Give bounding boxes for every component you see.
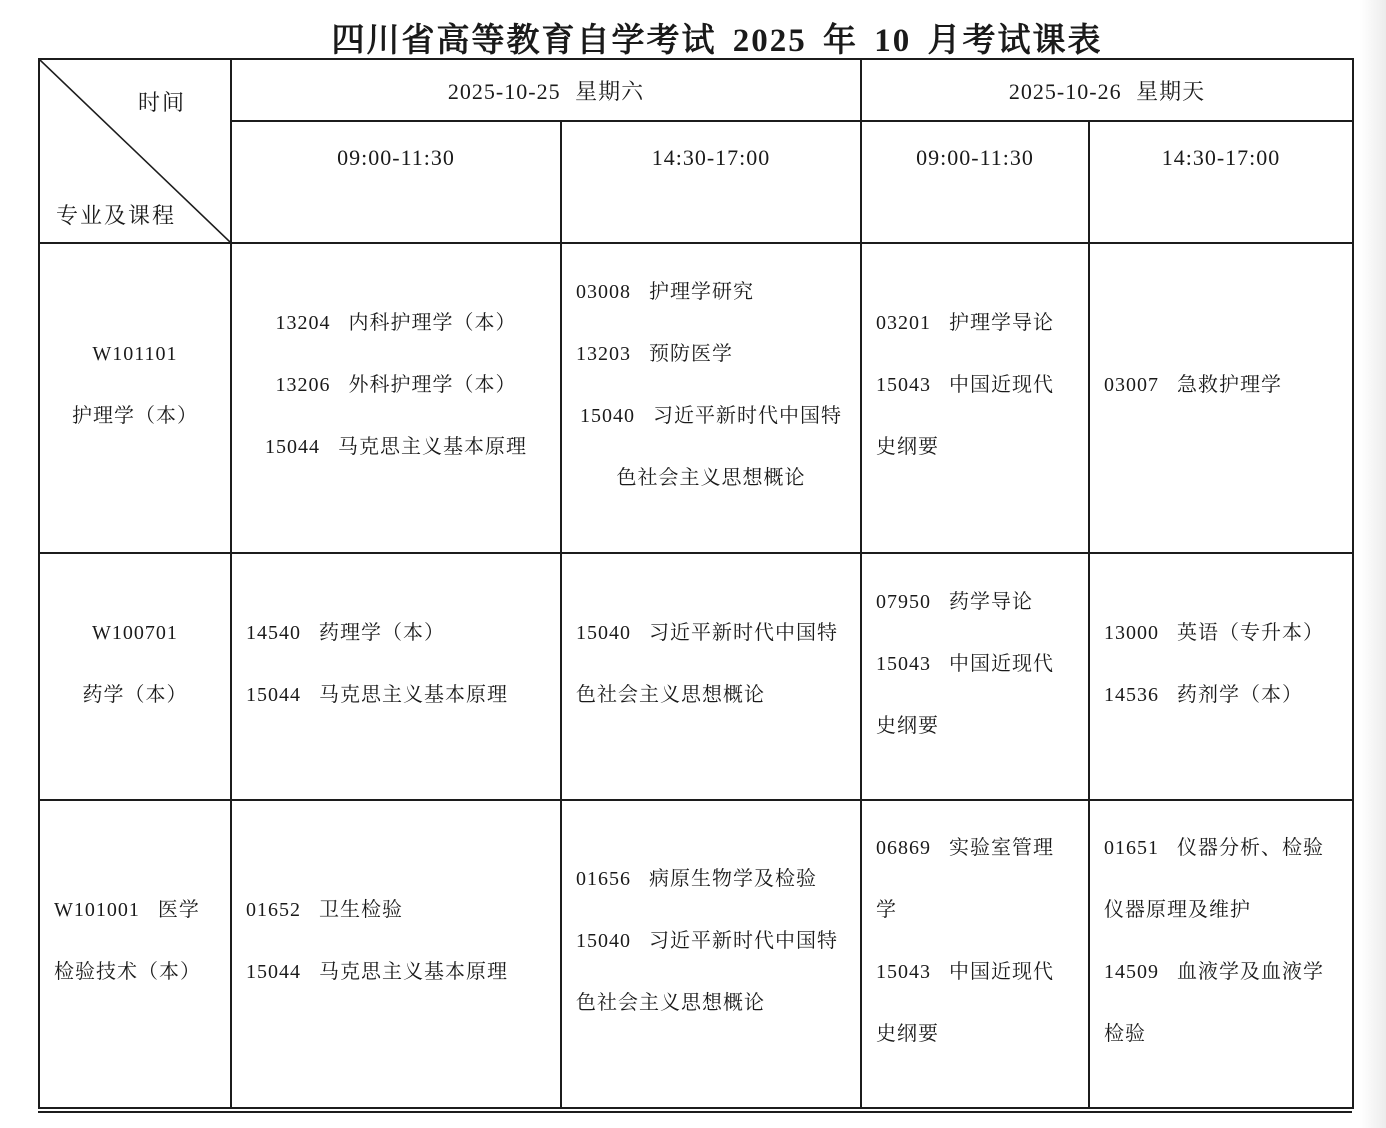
schedule-row: W101101护理学（本）13204 内科护理学（本）13206 外科护理学（本… xyxy=(39,243,1353,553)
course-entry: 15043 中国近现代史纲要 xyxy=(876,633,1074,757)
date-header-row: 时间 专业及课程 2025-10-25 星期六 2025-10-26 星期天 xyxy=(39,59,1353,121)
course-entry: 14509 血液学及血液学检验 xyxy=(1104,941,1338,1065)
course-entry: 13206 外科护理学（本） xyxy=(246,354,546,416)
corner-header-cell: 时间 专业及课程 xyxy=(39,59,231,243)
schedule-cell: 07950 药学导论15043 中国近现代史纲要 xyxy=(861,553,1089,800)
table-bottom-rule xyxy=(38,1111,1352,1113)
schedule-cell: 15040 习近平新时代中国特色社会主义思想概论 xyxy=(561,553,861,800)
course-entry: 15043 中国近现代史纲要 xyxy=(876,354,1074,478)
course-entry: 15040 习近平新时代中国特色社会主义思想概论 xyxy=(576,910,846,1034)
major-line: W100701 xyxy=(54,602,216,664)
course-entry: 15043 中国近现代史纲要 xyxy=(876,941,1074,1065)
course-entry: 07950 药学导论 xyxy=(876,571,1074,633)
course-entry: 03201 护理学导论 xyxy=(876,292,1074,354)
course-entry: 14536 药剂学（本） xyxy=(1104,664,1338,726)
course-entry: 06869 实验室管理学 xyxy=(876,817,1074,941)
page-title: 四川省高等教育自学考试 2025 年 10 月考试课表 xyxy=(60,14,1374,61)
course-entry: 01651 仪器分析、检验仪器原理及维护 xyxy=(1104,817,1338,941)
time-header-sun-am: 09:00-11:30 xyxy=(861,121,1089,243)
major-line: W101001 医学检验技术（本） xyxy=(54,879,216,1003)
major-cell: W101001 医学检验技术（本） xyxy=(39,800,231,1108)
schedule-cell: 14540 药理学（本）15044 马克思主义基本原理 xyxy=(231,553,561,800)
course-entry: 13203 预防医学 xyxy=(576,323,846,385)
course-entry: 03007 急救护理学 xyxy=(1104,354,1338,416)
course-entry: 13204 内科护理学（本） xyxy=(246,292,546,354)
schedule-cell: 13204 内科护理学（本）13206 外科护理学（本）15044 马克思主义基… xyxy=(231,243,561,553)
schedule-row: W100701药学（本）14540 药理学（本）15044 马克思主义基本原理1… xyxy=(39,553,1353,800)
major-line: W101101 xyxy=(54,323,216,385)
exam-schedule-table: 时间 专业及课程 2025-10-25 星期六 2025-10-26 星期天 0… xyxy=(38,58,1354,1109)
schedule-body: W101101护理学（本）13204 内科护理学（本）13206 外科护理学（本… xyxy=(39,243,1353,1108)
corner-major-label: 专业及课程 xyxy=(56,199,176,230)
course-entry: 01656 病原生物学及检验 xyxy=(576,848,846,910)
course-entry: 15040 习近平新时代中国特色社会主义思想概论 xyxy=(576,385,846,509)
schedule-row: W101001 医学检验技术（本）01652 卫生检验15044 马克思主义基本… xyxy=(39,800,1353,1108)
date-header-sunday: 2025-10-26 星期天 xyxy=(861,59,1353,121)
major-cell: W101101护理学（本） xyxy=(39,243,231,553)
date-header-saturday: 2025-10-25 星期六 xyxy=(231,59,861,121)
course-entry: 15044 马克思主义基本原理 xyxy=(246,416,546,478)
course-entry: 15044 马克思主义基本原理 xyxy=(246,664,546,726)
time-header-sat-am: 09:00-11:30 xyxy=(231,121,561,243)
page-edge-shade xyxy=(1360,0,1386,1128)
schedule-cell: 01656 病原生物学及检验15040 习近平新时代中国特色社会主义思想概论 xyxy=(561,800,861,1108)
course-entry: 01652 卫生检验 xyxy=(246,879,546,941)
course-entry: 15040 习近平新时代中国特色社会主义思想概论 xyxy=(576,602,846,726)
course-entry: 13000 英语（专升本） xyxy=(1104,602,1338,664)
schedule-cell: 03007 急救护理学 xyxy=(1089,243,1353,553)
course-entry: 14540 药理学（本） xyxy=(246,602,546,664)
major-cell: W100701药学（本） xyxy=(39,553,231,800)
course-entry: 03008 护理学研究 xyxy=(576,261,846,323)
schedule-cell: 06869 实验室管理学15043 中国近现代史纲要 xyxy=(861,800,1089,1108)
corner-time-label: 时间 xyxy=(138,86,186,117)
schedule-cell: 01651 仪器分析、检验仪器原理及维护14509 血液学及血液学检验 xyxy=(1089,800,1353,1108)
major-line: 药学（本） xyxy=(54,664,216,726)
time-header-sat-pm: 14:30-17:00 xyxy=(561,121,861,243)
schedule-cell: 03201 护理学导论15043 中国近现代史纲要 xyxy=(861,243,1089,553)
schedule-cell: 01652 卫生检验15044 马克思主义基本原理 xyxy=(231,800,561,1108)
time-header-row: 09:00-11:30 14:30-17:00 09:00-11:30 14:3… xyxy=(39,121,1353,243)
schedule-cell: 13000 英语（专升本）14536 药剂学（本） xyxy=(1089,553,1353,800)
schedule-cell: 03008 护理学研究13203 预防医学15040 习近平新时代中国特色社会主… xyxy=(561,243,861,553)
course-entry: 15044 马克思主义基本原理 xyxy=(246,941,546,1003)
time-header-sun-pm: 14:30-17:00 xyxy=(1089,121,1353,243)
major-line: 护理学（本） xyxy=(54,385,216,447)
